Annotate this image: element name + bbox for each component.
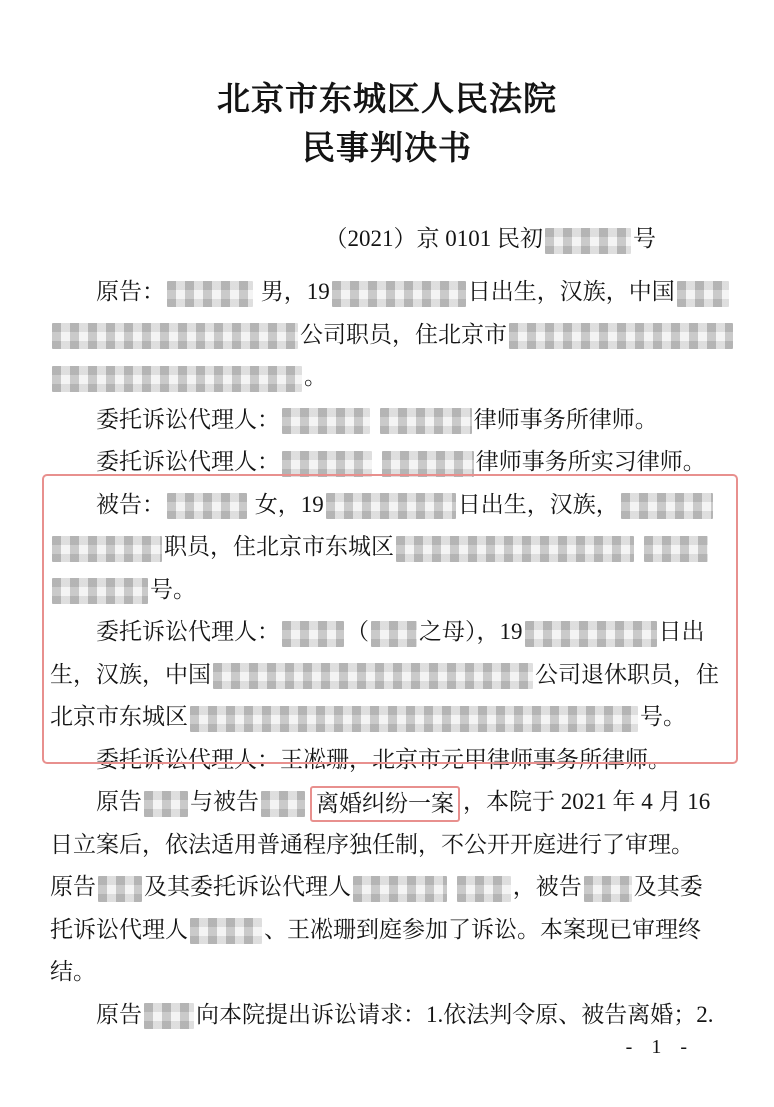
redaction-block [282, 408, 370, 434]
text-segment: 委托诉讼代理人： [96, 407, 280, 432]
text-line: 原告： 男，19日出生，汉族，中国 [50, 271, 750, 314]
redaction-block [382, 451, 474, 477]
text-segment: 公司退休职员，住 [535, 662, 719, 687]
text-line: 日立案后，依法适用普通程序独任制，不公开开庭进行了审理。 [50, 824, 750, 867]
text-segment: 日出生，汉族， [458, 492, 619, 517]
text-segment: 原告 [96, 1002, 142, 1027]
text-segment: 托诉讼代理人 [50, 917, 188, 942]
redaction-block [380, 408, 472, 434]
redaction-block [282, 621, 344, 647]
text-line: 北京市东城区号。 [50, 696, 750, 739]
text-line: 委托诉讼代理人： 律师事务所律师。 [50, 399, 750, 442]
text-segment: 北京市东城区 [50, 704, 188, 729]
redaction-block [213, 663, 533, 689]
text-segment: ，本院于 2021 年 4 月 16 [463, 789, 710, 814]
redaction-block [677, 281, 729, 307]
text-line: 委托诉讼代理人：（之母），19日出 [50, 611, 750, 654]
text-segment: 号。 [150, 577, 196, 602]
text-line: 委托诉讼代理人： 律师事务所实习律师。 [50, 441, 750, 484]
text-segment: 律师事务所律师。 [474, 407, 658, 432]
text-segment: 与被告 [190, 789, 259, 814]
text-segment: ，被告 [513, 874, 582, 899]
text-segment: 。 [304, 364, 327, 389]
text-line: 生，汉族，中国公司退休职员，住 [50, 654, 750, 697]
text-segment: 、王凇珊到庭参加了诉讼。本案现已审理终 [264, 917, 701, 942]
text-segment [449, 874, 455, 899]
redaction-block [52, 323, 298, 349]
dispute-type-highlight: 离婚纠纷一案 [310, 786, 460, 822]
redaction-block [371, 621, 417, 647]
redaction-block [332, 281, 466, 307]
text-line: 原告向本院提出诉讼请求：1.依法判令原、被告离婚；2. [50, 994, 750, 1037]
text-segment: 之母），19 [419, 619, 523, 644]
redaction-block [190, 918, 262, 944]
text-segment: 女，19 [249, 492, 324, 517]
redaction-block [167, 493, 247, 519]
redaction-block [644, 536, 708, 562]
redaction-block [52, 366, 302, 392]
text-line: 。 [50, 356, 750, 399]
redaction-block [353, 876, 447, 902]
text-segment: 日立案后，依法适用普通程序独任制，不公开开庭进行了审理。 [50, 832, 694, 857]
text-segment: 生，汉族，中国 [50, 662, 211, 687]
text-segment: 日出生，汉族，中国 [468, 279, 675, 304]
text-segment: 向本院提出诉讼请求：1.依法判令原、被告离婚；2. [196, 1002, 714, 1027]
redaction-block [545, 228, 631, 254]
text-segment: 结。 [50, 959, 96, 984]
text-segment: 委托诉讼代理人： [96, 449, 280, 474]
text-segment: 职员，住北京市东城区 [164, 534, 394, 559]
redaction-block [509, 323, 733, 349]
text-line: 结。 [50, 951, 750, 994]
redaction-block [457, 876, 511, 902]
redaction-block [52, 578, 148, 604]
text-segment: 律师事务所实习律师。 [476, 449, 706, 474]
text-line: 公司职员，住北京市 [50, 314, 750, 357]
text-line: 职员，住北京市东城区 [50, 526, 750, 569]
redaction-block [396, 536, 634, 562]
text-segment: 号。 [640, 704, 686, 729]
text-segment: 及其委托诉讼代理人 [144, 874, 351, 899]
text-segment: 原告： [96, 279, 165, 304]
text-segment: 男，19 [255, 279, 330, 304]
text-line: 原告及其委托诉讼代理人 ，被告及其委 [50, 866, 750, 909]
text-segment: 原告 [96, 789, 142, 814]
document-type-title: 民事判决书 [0, 129, 774, 169]
case-number-text: （2021）京 0101 民初号 [325, 226, 657, 251]
redaction-block [52, 536, 162, 562]
text-segment: 公司职员，住北京市 [300, 322, 507, 347]
redaction-block [167, 281, 253, 307]
text-line: 委托诉讼代理人：王凇珊，北京市元甲律师事务所律师。 [50, 739, 750, 782]
text-line: 被告： 女，19日出生，汉族， [50, 484, 750, 527]
redaction-block [144, 1003, 194, 1029]
text-segment: （ [346, 619, 369, 644]
redaction-block [144, 791, 188, 817]
text-segment: 及其委 [634, 874, 703, 899]
text-line: 号。 [50, 569, 750, 612]
court-name-title: 北京市东城区人民法院 [0, 80, 774, 120]
redaction-block [621, 493, 713, 519]
text-segment: （2021）京 0101 民初 [325, 226, 544, 251]
text-segment: 日出 [659, 619, 705, 644]
redaction-block [261, 791, 305, 817]
judgment-body-text: 原告： 男，19日出生，汉族，中国公司职员，住北京市。委托诉讼代理人： 律师事务… [50, 271, 750, 1036]
text-segment: 委托诉讼代理人： [96, 619, 280, 644]
text-segment: 号 [633, 226, 656, 251]
text-segment: 原告 [50, 874, 96, 899]
redaction-block [525, 621, 657, 647]
redaction-block [584, 876, 632, 902]
page-number: - 1 - [626, 1036, 694, 1059]
redaction-block [326, 493, 456, 519]
text-segment [374, 449, 380, 474]
case-number-line: （2021）京 0101 民初号 [0, 222, 774, 256]
text-segment: 委托诉讼代理人：王凇珊，北京市元甲律师事务所律师。 [96, 747, 671, 772]
judgment-document-page: 北京市东城区人民法院 民事判决书 （2021）京 0101 民初号 原告： 男，… [0, 0, 774, 1107]
text-segment [372, 407, 378, 432]
redaction-block [98, 876, 142, 902]
text-segment: 被告： [96, 492, 165, 517]
text-segment [636, 534, 642, 559]
redaction-block [282, 451, 372, 477]
redaction-block [190, 706, 638, 732]
text-line: 托诉讼代理人、王凇珊到庭参加了诉讼。本案现已审理终 [50, 909, 750, 952]
text-line: 原告与被告离婚纠纷一案，本院于 2021 年 4 月 16 [50, 781, 750, 824]
